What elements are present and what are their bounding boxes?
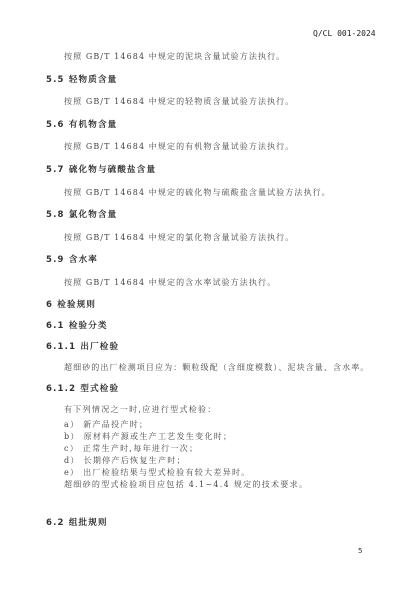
heading-6: 6 检验规则 (46, 301, 96, 310)
list-item: b） 原材料产源或生产工艺发生变化时； (64, 433, 232, 441)
heading-number: 6.1 (46, 321, 65, 331)
heading-6-1: 6.1 检验分类 (46, 322, 108, 331)
heading-title: 检验分类 (69, 321, 108, 331)
list-item: d） 长期停产后恢复生产时； (64, 457, 186, 465)
heading-number: 5.8 (46, 210, 65, 220)
paragraph-5-4: 按照 GB/T 14684 中规定的泥块含量试验方法执行。 (64, 53, 285, 61)
heading-number: 6.1.1 (46, 342, 76, 352)
heading-5-9: 5.9 含水率 (46, 256, 98, 265)
heading-5-5: 5.5 轻物质含量 (46, 76, 117, 85)
type-inspection-closing: 超细砂的型式检验项目应包括 4.1~4.4 规定的技术要求。 (64, 481, 308, 489)
paragraph-6-1-1: 超细砂的出厂检测项目应为：颗粒级配（含细度模数）、泥块含量、含水率。 (64, 364, 369, 372)
heading-5-8: 5.8 氯化物含量 (46, 211, 117, 220)
heading-6-1-1: 6.1.1 出厂检验 (46, 343, 119, 352)
heading-number: 6.2 (46, 518, 65, 528)
heading-number: 6 (46, 300, 53, 310)
list-item: a） 新产品投产时； (64, 421, 148, 429)
heading-title: 硫化物与硫酸盐含量 (69, 165, 156, 175)
heading-number: 5.9 (46, 255, 65, 265)
heading-number: 5.5 (46, 75, 65, 85)
heading-title: 轻物质含量 (69, 75, 118, 85)
list-item: e） 出厂检验结果与型式检验有较大差异时。 (64, 469, 251, 477)
heading-6-1-2: 6.1.2 型式检验 (46, 385, 119, 394)
heading-title: 出厂检验 (80, 342, 119, 352)
heading-number: 5.7 (46, 165, 65, 175)
heading-5-6: 5.6 有机物含量 (46, 121, 117, 130)
heading-title: 含水率 (69, 255, 98, 265)
heading-title: 氯化物含量 (69, 210, 118, 220)
heading-title: 检验规则 (57, 300, 96, 310)
paragraph-5-5: 按照 GB/T 14684 中规定的轻物质含量试验方法执行。 (64, 98, 294, 106)
type-inspection-intro: 有下列情况之一时,应进行型式检验： (64, 406, 217, 414)
paragraph-5-9: 按照 GB/T 14684 中规定的含水率试验方法执行。 (64, 279, 276, 287)
paragraph-5-6: 按照 GB/T 14684 中规定的有机物含量试验方法执行。 (64, 143, 294, 151)
heading-number: 6.1.2 (46, 384, 76, 394)
page-number: 5 (358, 548, 362, 555)
paragraph-5-7: 按照 GB/T 14684 中规定的硫化物与硫酸盐含量试验方法执行。 (64, 189, 331, 197)
heading-title: 型式检验 (80, 384, 119, 394)
heading-6-2: 6.2 组批规则 (46, 519, 108, 528)
heading-title: 有机物含量 (69, 120, 118, 130)
paragraph-5-8: 按照 GB/T 14684 中规定的氯化物含量试验方法执行。 (64, 234, 294, 242)
heading-title: 组批规则 (69, 518, 108, 528)
list-item: c） 正常生产时,每年进行一次； (64, 445, 198, 453)
heading-number: 5.6 (46, 120, 65, 130)
doc-code-header: Q/CL 001-2024 (313, 30, 376, 38)
heading-5-7: 5.7 硫化物与硫酸盐含量 (46, 166, 156, 175)
